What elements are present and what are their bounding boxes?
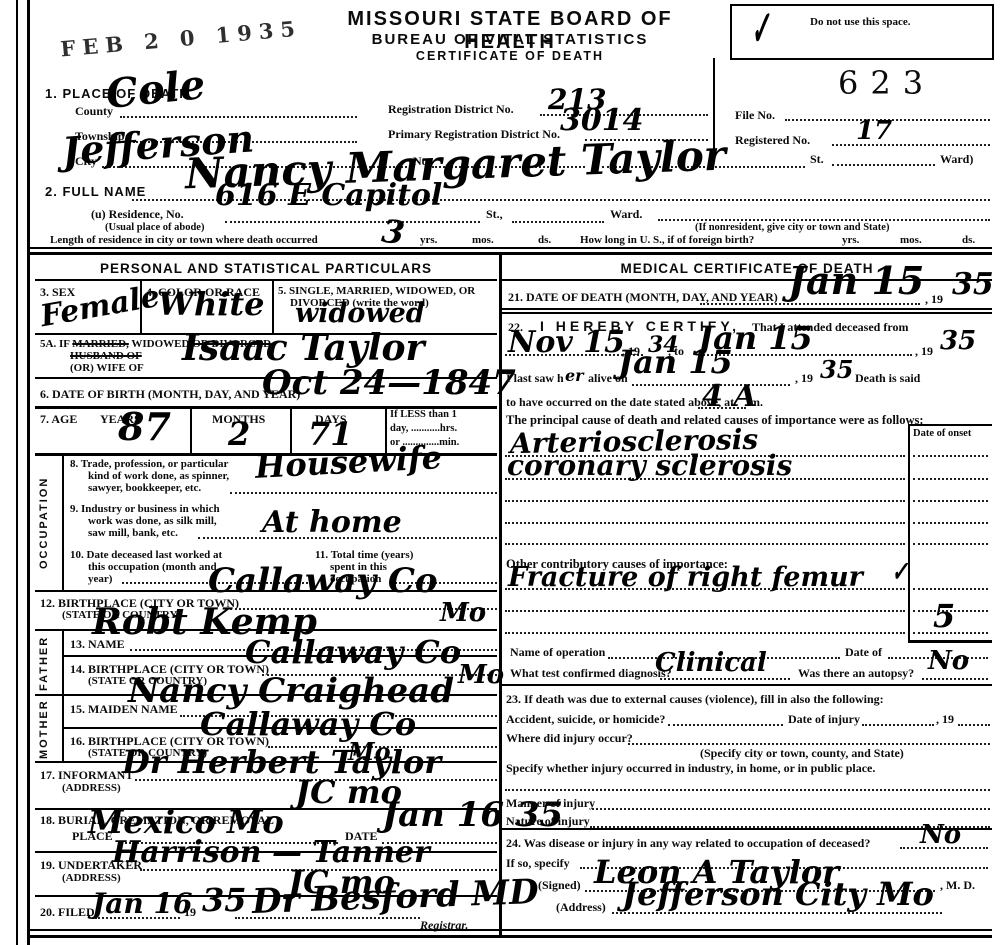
marital-label: 5. SINGLE, MARRIED, WIDOWED, OR: [278, 285, 475, 297]
last-worked-label-2: this occupation (month and: [88, 561, 217, 573]
filed-year-value: 35: [202, 884, 247, 916]
rule: [30, 929, 992, 931]
rule: [30, 247, 992, 249]
personal-heading: PERSONAL AND STATISTICAL PARTICULARS: [35, 261, 497, 276]
husband-of-label: HUSBAND OF: [70, 350, 142, 362]
trade-label-3: sawyer, bookkeeper, etc.: [88, 482, 201, 494]
specify-where-label: Specify whether injury occurred in indus…: [506, 761, 875, 776]
dotted-line: [913, 543, 988, 545]
dotted-line: [913, 455, 988, 457]
trade-value: Housewife: [254, 441, 442, 483]
occupation-side-label: OCCUPATION: [38, 458, 50, 588]
dotted-line: [913, 588, 988, 590]
mother-name-value: Nancy Craighead: [128, 674, 454, 708]
rule: [35, 279, 497, 281]
dotted-line: [660, 678, 790, 680]
received-date-stamp: FEB 2 0 1935: [59, 15, 303, 61]
dotted-line: [832, 164, 935, 166]
date-of-injury-label: Date of injury: [788, 712, 860, 727]
onset-label: Date of onset: [913, 428, 971, 439]
rule: [502, 828, 992, 830]
informant-label: 17. INFORMANT: [40, 768, 133, 783]
last-worked-label-1: 10. Date deceased last worked at: [70, 549, 222, 561]
dotted-line: [913, 522, 988, 524]
dob-value: Oct 24—1847: [262, 366, 516, 400]
accident-label: Accident, suicide, or homicide?: [506, 712, 665, 727]
last-saw-fill: er: [565, 368, 584, 384]
nature-of-injury-label: Nature of injury: [506, 814, 590, 829]
cell-divider: [190, 407, 192, 453]
father-birthplace-value: Callaway Co: [245, 636, 461, 668]
ward-label: Ward): [940, 152, 973, 167]
dotted-line: [505, 522, 905, 524]
date-of-death-value: Jan 15: [788, 262, 924, 300]
less-than-label-1: If LESS than 1: [390, 409, 457, 420]
occurred-time-value: 4 A: [702, 382, 757, 412]
rule: [30, 252, 992, 255]
mother-birthplace-value: Callaway Co: [200, 708, 416, 740]
dotted-line: [913, 500, 988, 502]
where-injury-label: Where did injury occur?: [506, 731, 633, 746]
residence-ward-label: Ward.: [610, 207, 642, 222]
certificate-title: CERTIFICATE OF DEATH: [300, 49, 720, 63]
onset-box-top: [908, 424, 992, 426]
left-border-inner: [27, 0, 30, 945]
test-label: What test confirmed diagnosis?: [510, 666, 672, 681]
wife-of-label: (OR) WIFE OF: [70, 362, 144, 374]
autopsy-value: No: [928, 648, 969, 674]
st-label: St.: [810, 152, 824, 167]
cause-of-death-2: coronary sclerosis: [507, 452, 792, 480]
mos-label: mos.: [472, 234, 494, 246]
dotted-line: [628, 743, 990, 745]
length-of-residence-label: Length of residence in city or town wher…: [50, 234, 318, 246]
primary-district-value: 3014: [560, 106, 644, 136]
specify-city-note: (Specify city or town, county, and State…: [700, 746, 904, 761]
last-saw-year-printed: , 19: [795, 371, 813, 386]
last-worked-label-3: year): [88, 573, 112, 585]
residence-st-label: St.,: [486, 207, 503, 222]
registered-no-value: 17: [856, 118, 892, 144]
father-birthplace-state-value: Mo: [458, 662, 504, 688]
filed-year-printed: 19: [184, 905, 196, 920]
residence-value: 616 E Capitol: [215, 181, 442, 211]
date-of-death-year-value: 35: [952, 270, 994, 300]
age-label: 7. AGE: [40, 412, 77, 427]
industry-label-3: saw mill, bank, etc.: [88, 527, 178, 539]
mos-label-2: mos.: [900, 234, 922, 246]
physician-address: Jefferson City Mo: [622, 878, 934, 910]
if-so-specify-label: If so, specify: [506, 856, 570, 871]
residence-label: (u) Residence, No.: [91, 207, 184, 222]
birthplace-value: Callaway Co: [208, 564, 438, 598]
burial-place-value: Mexico Mo: [88, 806, 284, 838]
death-is-said: Death is said: [855, 371, 920, 386]
marital-value: widowed: [295, 300, 425, 327]
cell-divider: [272, 281, 274, 333]
age-months-value: 2: [228, 418, 250, 450]
rule: [502, 684, 992, 686]
informant-address-label: (ADDRESS): [62, 782, 121, 794]
industry-label-1: 9. Industry or business in which: [70, 503, 220, 515]
ds-label-2: ds.: [962, 234, 975, 246]
age-years-value: 87: [118, 408, 171, 446]
dotted-line: [512, 221, 604, 223]
registration-district-label: Registration District No.: [388, 102, 514, 117]
dotted-line: [958, 724, 990, 726]
do-not-use-label: Do not use this space.: [810, 16, 911, 28]
contributory-check-mark: ✓: [892, 558, 908, 586]
registered-no-label: Registered No.: [735, 133, 810, 148]
full-name-label: 2. FULL NAME: [45, 184, 146, 199]
color-value: White: [158, 288, 265, 320]
registrar-signature: Dr Besford MD: [251, 875, 539, 919]
contributory-value: Fracture of right femur: [508, 564, 863, 591]
ds-label: ds.: [538, 234, 551, 246]
onset-box-left: [908, 424, 910, 642]
mother-side-label: MOTHER: [38, 697, 50, 761]
attended-from-value: Nov 15: [508, 328, 625, 358]
left-border-outer: [16, 0, 18, 945]
cell-divider: [62, 696, 64, 761]
certificate-number: 623: [838, 64, 935, 102]
dotted-line: [922, 678, 988, 680]
trade-label-1: 8. Trade, profession, or particular: [70, 458, 228, 470]
nonresident-note: (If nonresident, give city or town and S…: [695, 222, 889, 233]
injury-19-label: , 19: [936, 712, 954, 727]
dotted-line: [505, 543, 905, 545]
cell-divider: [140, 281, 142, 333]
rule: [502, 308, 992, 310]
dotted-line: [592, 808, 990, 810]
last-saw-year-value: 35: [820, 358, 853, 382]
address-label: (Address): [556, 900, 606, 915]
to-year-value: 35: [940, 328, 976, 354]
occupation-related-label: 24. Was disease or injury in any way rel…: [506, 836, 870, 851]
to-year-printed: , 19: [915, 344, 933, 359]
m-label: m.: [750, 395, 763, 410]
date-of-death-year-printed: , 19: [925, 292, 943, 307]
abode-note: (Usual place of abode): [105, 222, 204, 233]
bureau-title: BUREAU OF VITAL STATISTICS: [300, 31, 720, 48]
less-than-label-2: day, ...........hrs.: [390, 423, 457, 434]
yrs-label: yrs.: [420, 234, 437, 246]
father-side-label: FATHER: [38, 632, 50, 694]
operation-label: Name of operation: [510, 645, 605, 660]
dotted-line: [225, 221, 480, 223]
county-value: Cole: [104, 65, 207, 115]
manner-of-injury-label: Manner of injury: [506, 796, 595, 811]
autopsy-label: Was there an autopsy?: [798, 666, 914, 681]
industry-value: At home: [262, 508, 402, 538]
dotted-line: [230, 492, 497, 494]
test-value: Clinical: [655, 650, 767, 676]
birthplace-state-value: Mo: [440, 600, 486, 626]
dotted-line: [668, 724, 783, 726]
undertaker-address-label: (ADDRESS): [62, 872, 121, 884]
onset-box-bottom: [908, 640, 992, 643]
file-no-label: File No.: [735, 108, 775, 123]
rule: [502, 312, 992, 314]
dotted-line: [505, 610, 905, 612]
dotted-line: [505, 500, 905, 502]
length-of-residence-value: 3: [380, 215, 407, 250]
dotted-line: [505, 632, 905, 634]
last-saw-label-1: I last saw h: [506, 371, 564, 386]
operation-date-label: Date of: [845, 645, 882, 660]
spouse-value: Isaac Taylor: [182, 330, 424, 366]
dotted-line: [862, 724, 934, 726]
dotted-line: [505, 789, 990, 791]
occupation-related-value: No: [920, 822, 961, 848]
last-saw-date-value: Jan 15: [618, 346, 733, 378]
death-certificate-document: FEB 2 0 1935 MISSOURI STATE BOARD OF HEA…: [0, 0, 1000, 945]
how-long-label: How long in U. S., if of foreign birth?: [580, 234, 754, 246]
dotted-line: [658, 219, 990, 221]
rule: [30, 935, 992, 938]
onset-value: 5: [933, 600, 955, 632]
dotted-line: [913, 478, 988, 480]
md-label: , M. D.: [940, 878, 975, 893]
dotted-line: [700, 303, 920, 305]
check-mark: ✓: [749, 6, 772, 55]
signed-label: (Signed): [538, 878, 581, 893]
cell-divider: [62, 455, 64, 591]
spouse-label-prefix: 5A. IF: [40, 338, 72, 350]
industry-label-2: work was done, as silk mill,: [88, 515, 217, 527]
total-time-label-1: 11. Total time (years): [315, 549, 413, 561]
external-causes-label: 23. If death was due to external causes …: [506, 692, 884, 707]
yrs-label-2: yrs.: [842, 234, 859, 246]
filed-label: 20. FILED: [40, 905, 95, 920]
cell-divider: [62, 631, 64, 694]
trade-label-2: kind of work done, as spinner,: [88, 470, 229, 482]
spouse-label-married: MARRIED,: [72, 338, 129, 350]
filed-date-value: Jan 16: [92, 890, 192, 918]
